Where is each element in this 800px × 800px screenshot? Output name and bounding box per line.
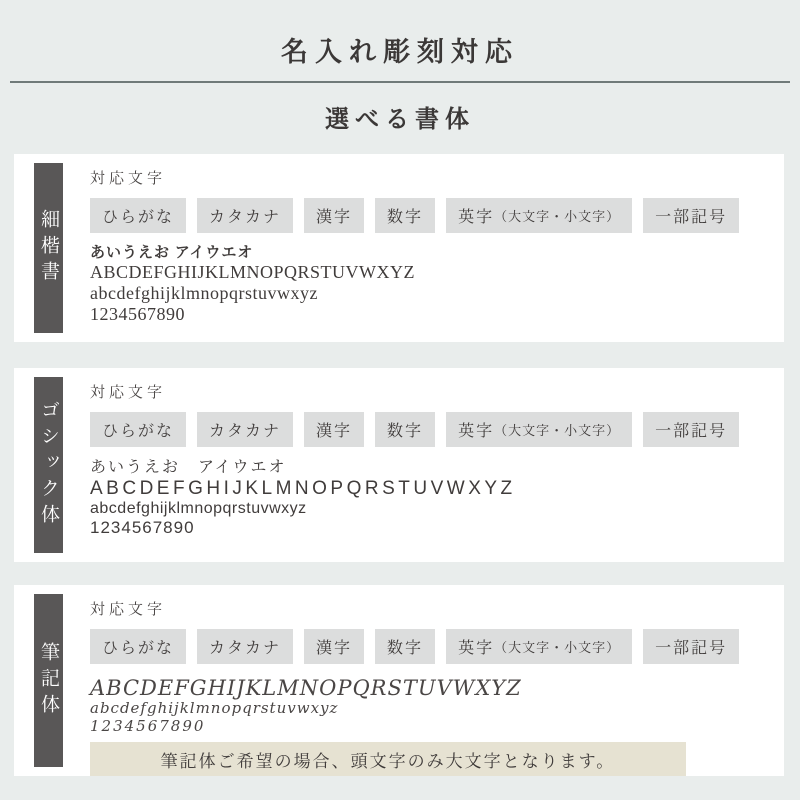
tag-katakana: カタカナ (197, 629, 293, 664)
font-panel-gothic: ゴシック体 対応文字 ひらがなカタカナ漢字数字英字（大文字・小文字）一部記号 あ… (14, 368, 784, 562)
sample-digits-line: 1234567890 (90, 718, 784, 735)
section-subtitle: 選べる書体 (0, 83, 800, 134)
tag-ichibu-kigou: 一部記号 (643, 629, 739, 664)
tag-katakana: カタカナ (197, 198, 293, 233)
supported-chars-label: 対応文字 (90, 598, 784, 619)
font-panel-cursive: 筆記体 対応文字 ひらがなカタカナ漢字数字英字（大文字・小文字）一部記号 ABC… (14, 585, 784, 776)
char-type-tag-row: ひらがなカタカナ漢字数字英字（大文字・小文字）一部記号 (90, 412, 784, 447)
sample-lowercase-line: abcdefghijklmnopqrstuvwxyz (90, 700, 784, 717)
font-name-vertical-label: 細楷書 (34, 163, 63, 333)
sample-kana-line: あいうえお アイウエオ (90, 245, 784, 262)
page-title: 名入れ彫刻対応 (0, 0, 800, 69)
sample-kana-line: あいうえお アイウエオ (90, 459, 784, 478)
tag-hiragana: ひらがな (90, 629, 186, 664)
tag-suuji: 数字 (375, 412, 435, 447)
sample-lowercase-line: abcdefghijklmnopqrstuvwxyz (90, 283, 784, 304)
tag-eiji: 英字（大文字・小文字） (446, 198, 632, 233)
sample-uppercase-line: ABCDEFGHIJKLMNOPQRSTUVWXYZ (90, 478, 784, 500)
font-sample-block: あいうえお アイウエオ ABCDEFGHIJKLMNOPQRSTUVWXYZ a… (90, 245, 784, 325)
tag-ichibu-kigou: 一部記号 (643, 198, 739, 233)
tag-kanji: 漢字 (304, 198, 364, 233)
font-sample-block: あいうえお アイウエオ ABCDEFGHIJKLMNOPQRSTUVWXYZ a… (90, 459, 784, 538)
sample-digits-line: 1234567890 (90, 518, 784, 538)
tag-eiji: 英字（大文字・小文字） (446, 629, 632, 664)
tag-ichibu-kigou: 一部記号 (643, 412, 739, 447)
tag-kanji: 漢字 (304, 412, 364, 447)
cursive-capitalization-note: 筆記体ご希望の場合、頭文字のみ大文字となります。 (90, 742, 686, 776)
tag-suuji: 数字 (375, 198, 435, 233)
supported-chars-label: 対応文字 (90, 167, 784, 188)
sample-digits-line: 1234567890 (90, 304, 784, 325)
font-name-vertical-label: 筆記体 (34, 594, 63, 767)
char-type-tag-row: ひらがなカタカナ漢字数字英字（大文字・小文字）一部記号 (90, 198, 784, 233)
tag-hiragana: ひらがな (90, 198, 186, 233)
font-panel-saikaisho: 細楷書 対応文字 ひらがなカタカナ漢字数字英字（大文字・小文字）一部記号 あいう… (14, 154, 784, 342)
supported-chars-label: 対応文字 (90, 381, 784, 402)
tag-katakana: カタカナ (197, 412, 293, 447)
tag-suuji: 数字 (375, 629, 435, 664)
tag-eiji: 英字（大文字・小文字） (446, 412, 632, 447)
sample-uppercase-line: ABCDEFGHIJKLMNOPQRSTUVWXYZ (90, 262, 784, 283)
tag-hiragana: ひらがな (90, 412, 186, 447)
sample-uppercase-line: ABCDEFGHIJKLMNOPQRSTUVWXYZ (90, 676, 784, 700)
sample-lowercase-line: abcdefghijklmnopqrstuvwxyz (90, 500, 784, 519)
font-name-vertical-label: ゴシック体 (34, 377, 63, 553)
tag-kanji: 漢字 (304, 629, 364, 664)
engraving-header: 名入れ彫刻対応 選べる書体 (0, 0, 800, 134)
char-type-tag-row: ひらがなカタカナ漢字数字英字（大文字・小文字）一部記号 (90, 629, 784, 664)
font-sample-block: ABCDEFGHIJKLMNOPQRSTUVWXYZ abcdefghijklm… (90, 676, 784, 735)
